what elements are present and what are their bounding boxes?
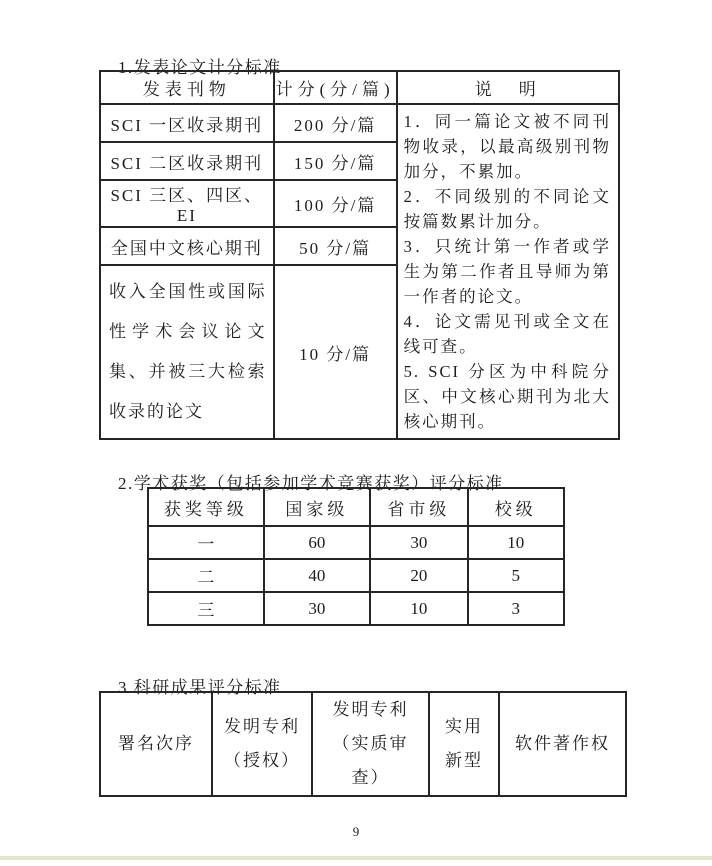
publication-cell: 收入全国性或国际性学术会议论文集、并被三大检索收录的论文	[100, 265, 274, 439]
column-header-school: 校级	[468, 488, 564, 526]
score-cell: 50 分/篇	[274, 227, 397, 265]
column-header-score: 计分(分/篇)	[274, 71, 397, 104]
note-item: 1．同一篇论文被不同刊物收录，以最高级别刊物加分，不累加。	[404, 109, 611, 184]
table-header-row: 获奖等级 国家级 省市级 校级	[148, 488, 564, 526]
publication-cell: SCI 二区收录期刊	[100, 142, 274, 180]
table-row: 三 30 10 3	[148, 592, 564, 625]
value-cell: 5	[468, 559, 564, 592]
grade-cell: 三	[148, 592, 264, 625]
table-row: SCI 一区收录期刊 200 分/篇 1．同一篇论文被不同刊物收录，以最高级别刊…	[100, 104, 619, 142]
value-cell: 30	[264, 592, 371, 625]
value-cell: 40	[264, 559, 371, 592]
footer-divider-bar	[0, 856, 712, 860]
publication-cell: SCI 一区收录期刊	[100, 104, 274, 142]
column-header-publication: 发表刊物	[100, 71, 274, 104]
note-item: 2．不同级别的不同论文按篇数累计加分。	[404, 184, 611, 234]
notes-cell: 1．同一篇论文被不同刊物收录，以最高级别刊物加分，不累加。 2．不同级别的不同论…	[397, 104, 619, 439]
note-item: 5. SCI 分区为中科院分区、中文核心期刊为北大核心期刊。	[404, 359, 611, 434]
score-cell: 200 分/篇	[274, 104, 397, 142]
table-header-row: 发表刊物 计分(分/篇) 说 明	[100, 71, 619, 104]
awards-scoring-table: 获奖等级 国家级 省市级 校级 一 60 30 10 二 40 20 5 三 3…	[147, 487, 565, 626]
grade-cell: 二	[148, 559, 264, 592]
column-header-grade: 获奖等级	[148, 488, 264, 526]
score-cell: 100 分/篇	[274, 180, 397, 227]
column-header-patent-examination: 发明专利（实质审查）	[312, 692, 429, 796]
table-row: 一 60 30 10	[148, 526, 564, 559]
papers-scoring-table: 发表刊物 计分(分/篇) 说 明 SCI 一区收录期刊 200 分/篇 1．同一…	[99, 70, 620, 440]
column-header-software-copyright: 软件著作权	[499, 692, 626, 796]
value-cell: 60	[264, 526, 371, 559]
column-header-national: 国家级	[264, 488, 371, 526]
score-cell: 150 分/篇	[274, 142, 397, 180]
page-number: 9	[0, 824, 712, 840]
publication-cell: SCI 三区、四区、EI	[100, 180, 274, 227]
column-header-patent-granted: 发明专利（授权）	[212, 692, 312, 796]
grade-cell: 一	[148, 526, 264, 559]
column-header-notes: 说 明	[397, 71, 619, 104]
note-item: 4．论文需见刊或全文在线可查。	[404, 309, 611, 359]
value-cell: 10	[370, 592, 467, 625]
value-cell: 3	[468, 592, 564, 625]
column-header-author-order: 署名次序	[100, 692, 212, 796]
score-cell: 10 分/篇	[274, 265, 397, 439]
table-row: 二 40 20 5	[148, 559, 564, 592]
research-results-table: 署名次序 发明专利（授权） 发明专利（实质审查） 实用新型 软件著作权	[99, 691, 627, 797]
value-cell: 20	[370, 559, 467, 592]
value-cell: 30	[370, 526, 467, 559]
note-item: 3．只统计第一作者或学生为第二作者且导师为第一作者的论文。	[404, 234, 611, 309]
value-cell: 10	[468, 526, 564, 559]
column-header-provincial: 省市级	[370, 488, 467, 526]
table-header-row: 署名次序 发明专利（授权） 发明专利（实质审查） 实用新型 软件著作权	[100, 692, 626, 796]
publication-cell: 全国中文核心期刊	[100, 227, 274, 265]
column-header-utility-model: 实用新型	[429, 692, 499, 796]
